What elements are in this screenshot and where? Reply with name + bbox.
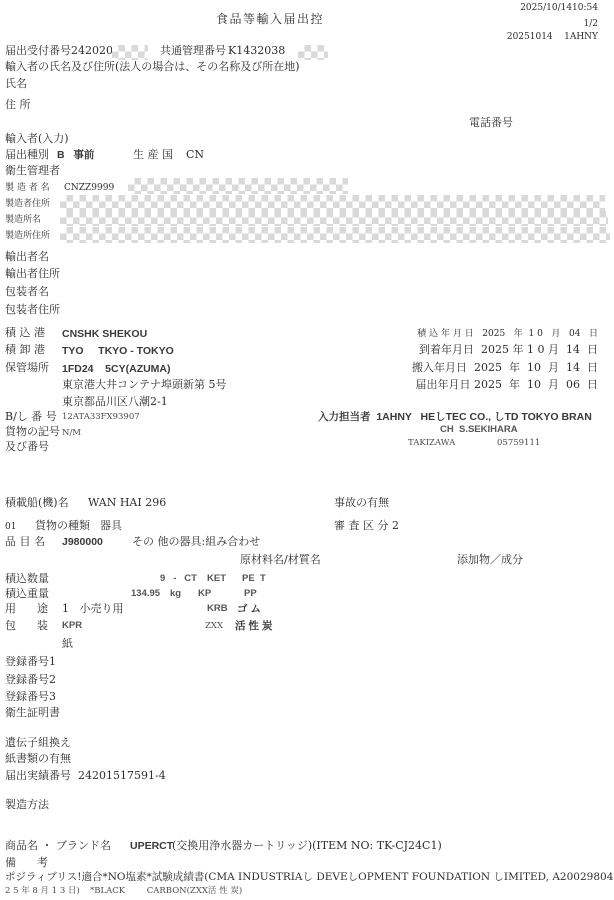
loading-port-value: CNSHK SHEKOU [62, 328, 147, 340]
cargo-type-label: 貨物の種類 [35, 520, 90, 533]
product-name-desc: (交換用浄水器カートリッジ)(ITEM NO: TK-CJ24C1) [172, 840, 442, 853]
bl-number-label: B/し 番 号 [5, 411, 57, 424]
weight-unit: kg [170, 589, 181, 600]
remarks-label: 備 考 [5, 857, 48, 870]
import-notification-document: 2025/10/1410:54 食品等輸入届出控 1/2 20251014 1A… [0, 0, 614, 900]
maker-name-label: 製 造 者 名 [5, 183, 50, 193]
production-country-value: CN [186, 149, 204, 162]
doc-code: 20251014 1AHNY [507, 32, 598, 42]
storage-place-label: 保管場所 [5, 362, 49, 375]
material-name-4: 活 性 炭 [235, 620, 272, 632]
storage-address-line2: 東京都品川区八潮2-1 [62, 396, 168, 409]
accident-label: 事故の有無 [334, 497, 389, 510]
gmo-label: 遺伝子組換え [5, 737, 71, 750]
remarks-line2b: *BLACK CARBON(ZXX活 性 炭) [90, 887, 242, 897]
quantity-value: 9 - CT [160, 574, 197, 585]
registration-number2-label: 登録番号2 [5, 674, 56, 687]
cargo-marks-value: N/M [62, 429, 81, 439]
cargo-type-value: 器具 [100, 520, 122, 533]
receipt-number: 届出受付番号2420207 [5, 45, 120, 58]
packaging-value: KPR [62, 621, 82, 632]
item-name-label: 品 目 名 [5, 536, 45, 549]
operator-number: 05759111 [497, 439, 540, 449]
operator-name: TAKIZAWA [408, 439, 455, 449]
redaction-block [60, 195, 605, 211]
arrival-date: 到着年月日 2025 年 1 0 月 14 日 [419, 344, 598, 357]
cargo-marks-label: 貨物の記号 [5, 426, 60, 439]
product-name-value: UPERCT [130, 840, 173, 852]
hygiene-manager-label: 衛生管理者 [5, 165, 60, 178]
production-country-label: 生 産 国 [133, 149, 173, 162]
vessel-label: 積載船(機)名 [5, 497, 69, 510]
redaction-block [298, 45, 328, 60]
additives-header: 添加物／成分 [457, 554, 523, 567]
material-name-2: PP [244, 589, 257, 600]
operator-line1: 入力担当者 1AHNY HEしTEC CO., しTD TOKYO BRAN [318, 411, 592, 423]
registration-number3-label: 登録番号3 [5, 691, 56, 704]
use-label: 用 途 [5, 603, 48, 616]
address-label: 住 所 [5, 99, 31, 112]
manufacturing-method-label: 製造方法 [5, 799, 49, 812]
bl-number-value: 12ATA33FX93907 [62, 413, 140, 423]
material-code-2: KP [198, 589, 211, 600]
hygiene-certificate-label: 衛生証明書 [5, 707, 60, 720]
exporter-name-label: 輸出者名 [5, 251, 49, 264]
loading-date: 積 込 年 月 日 2025 年 1 0 月 04 日 [417, 329, 598, 339]
item-code: J980000 [62, 536, 103, 548]
common-number-label: 共通管理番号 [160, 45, 226, 58]
product-name-label: 商品名 ・ ブランド名 [5, 840, 111, 853]
notify-date: 届出年月日 2025 年 10 月 06 日 [416, 379, 598, 392]
discharge-port-label: 積 卸 港 [5, 344, 45, 357]
remarks-line1: ポジラィブリス!適合*NO塩素*試験成績書(CMA INDUSTRIAし DEV… [5, 871, 614, 883]
materials-header: 原材料名/材質名 [240, 554, 321, 567]
maker-address-label: 製造者住所 [5, 199, 50, 209]
packer-address-label: 包装者住所 [5, 304, 60, 317]
record-number-label: 届出実績番号 [5, 770, 71, 783]
cargo-marks-label2: 及び番号 [5, 441, 49, 454]
review-class-label: 審 査 区 分 2 [334, 520, 399, 533]
carry-in-date: 搬入年月日 2025 年 10 月 14 日 [412, 362, 598, 375]
page-indicator: 1/2 [584, 19, 598, 29]
material-code-3: KRB [207, 604, 228, 615]
quantity-label: 積込数量 [5, 573, 49, 586]
storage-address-line1: 東京港大井コンテナ埠頭新第 5号 [62, 379, 227, 392]
phone-label: 電話番号 [469, 117, 513, 130]
printed-at: 2025/10/1410:54 [520, 3, 598, 13]
page-title: 食品等輸入届出控 [216, 13, 324, 27]
notification-type-label: 届出種別 [5, 149, 49, 162]
importer-input-label: 輸入者(入力) [5, 133, 69, 146]
item-description: その 他の器具:組み合わせ [132, 536, 260, 549]
plant-name-label: 製造所名 [5, 215, 41, 225]
redaction-block [128, 178, 348, 194]
paper-documents-label: 紙書類の有無 [5, 753, 71, 766]
discharge-port-value: TYO TKYO - TOKYO [62, 345, 174, 357]
packaging-value2: 紙 [62, 638, 73, 651]
common-number-value: K1432038 [228, 45, 285, 58]
vessel-value: WAN HAI 296 [88, 497, 166, 510]
material-code-4: ZXX [205, 622, 223, 632]
cargo-line-no: 01 [5, 522, 16, 532]
registration-number1-label: 登録番号1 [5, 656, 56, 669]
plant-address-label: 製造所住所 [5, 231, 50, 241]
packer-name-label: 包装者名 [5, 286, 49, 299]
weight-label: 積込重量 [5, 588, 49, 601]
material-name-3: ゴ ム [237, 603, 261, 615]
notification-type-value: B 事前 [57, 149, 94, 161]
remarks-line2: 2 5 年 8 月 1 3 日) [5, 887, 80, 897]
storage-place-value: 1FD24 5CY(AZUMA) [62, 363, 171, 375]
maker-name-value: CNZZ9999 [64, 183, 114, 193]
weight-value: 134.95 [131, 589, 160, 600]
exporter-address-label: 輸出者住所 [5, 268, 60, 281]
name-label: 氏名 [5, 78, 27, 91]
use-value: 1 小売り用 [62, 603, 124, 616]
redaction-block [60, 227, 610, 243]
redaction-block [112, 45, 148, 60]
operator-line2: CH S.SEKIHARA [440, 425, 518, 436]
material-code-1: KET [207, 574, 226, 585]
packaging-label: 包 装 [5, 620, 48, 633]
loading-port-label: 積 込 港 [5, 327, 45, 340]
record-number-value: 24201517591-4 [78, 770, 166, 783]
material-name-1: PE T [242, 574, 266, 585]
redaction-block [60, 211, 608, 226]
importer-heading: 輸入者の氏名及び住所(法人の場合は、その名称及び所在地) [5, 61, 300, 74]
